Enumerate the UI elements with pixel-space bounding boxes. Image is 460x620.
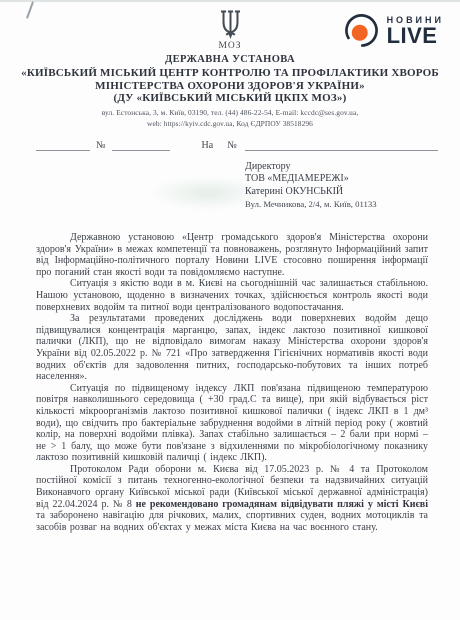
novyny-live-logo: НОВИНИ LIVE	[342, 11, 444, 50]
letterhead: МОЗ ДЕРЖАВНА УСТАНОВА «КИЇВСЬКИЙ МІСЬКИЙ…	[0, 0, 460, 129]
org-title-line4: (ДУ «КИЇВСЬКИЙ МІСЬКИЙ ЦКПХ МОЗ»)	[0, 92, 460, 105]
contact-line2: web: https://kyiv.cdc.gov.ua, Код ЄДРПОУ…	[0, 119, 460, 130]
addressee-role: Директору	[245, 161, 377, 173]
addressee-company: ТОВ «МЕДІАМЕРЕЖІ»	[245, 173, 377, 185]
paragraph: Ситуація з якістю води в м. Києві на сьо…	[36, 278, 428, 313]
na-label: На	[202, 140, 214, 151]
org-title-line3: МІНІСТЕРСТВА ОХОРОНИ ЗДОРОВ'Я УКРАЇНИ»	[0, 80, 460, 93]
reply-number-blank-field	[245, 138, 438, 151]
paragraph: Протоколом Ради оборони м. Києва від 17.…	[36, 464, 428, 534]
number-blank-field	[112, 138, 170, 151]
org-title: ДЕРЖАВНА УСТАНОВА «КИЇВСЬКИЙ МІСЬКИЙ ЦЕН…	[0, 54, 460, 105]
logo-text-bottom: LIVE	[387, 26, 438, 46]
addressee-address: Вул. Мечникова, 2/4, м. Київ, 01133	[245, 198, 377, 210]
addressee-person: Катерині ОКУНСЬКІЙ	[245, 186, 377, 198]
novyny-live-wordmark: НОВИНИ LIVE	[387, 15, 444, 46]
org-title-line2: «КИЇВСЬКИЙ МІСЬКИЙ ЦЕНТР КОНТРОЛЮ ТА ПРО…	[0, 67, 460, 80]
paragraph: Ситуація по підвищеному індексу ЛКП пов'…	[36, 383, 428, 464]
novyny-live-icon	[342, 11, 381, 50]
paragraph: За результатами проведених досліджень во…	[36, 313, 428, 383]
contact-line1: вул. Естонська, 3, м. Київ, 03190, тел. …	[0, 108, 460, 119]
number-label-2: №	[227, 140, 237, 151]
contact-block: вул. Естонська, 3, м. Київ, 03190, тел. …	[0, 108, 460, 129]
document-page: МОЗ ДЕРЖАВНА УСТАНОВА «КИЇВСЬКИЙ МІСЬКИЙ…	[0, 0, 460, 620]
paragraph: Державною установою «Центр громадського …	[36, 232, 428, 278]
body-paragraphs: Державною установою «Центр громадського …	[36, 232, 428, 533]
reference-line: № На №	[36, 138, 438, 151]
date-blank-field	[36, 138, 90, 151]
addressee-block: Директору ТОВ «МЕДІАМЕРЕЖІ» Катерині ОКУ…	[245, 161, 377, 211]
org-title-line1: ДЕРЖАВНА УСТАНОВА	[0, 54, 460, 67]
number-label: №	[96, 140, 106, 151]
